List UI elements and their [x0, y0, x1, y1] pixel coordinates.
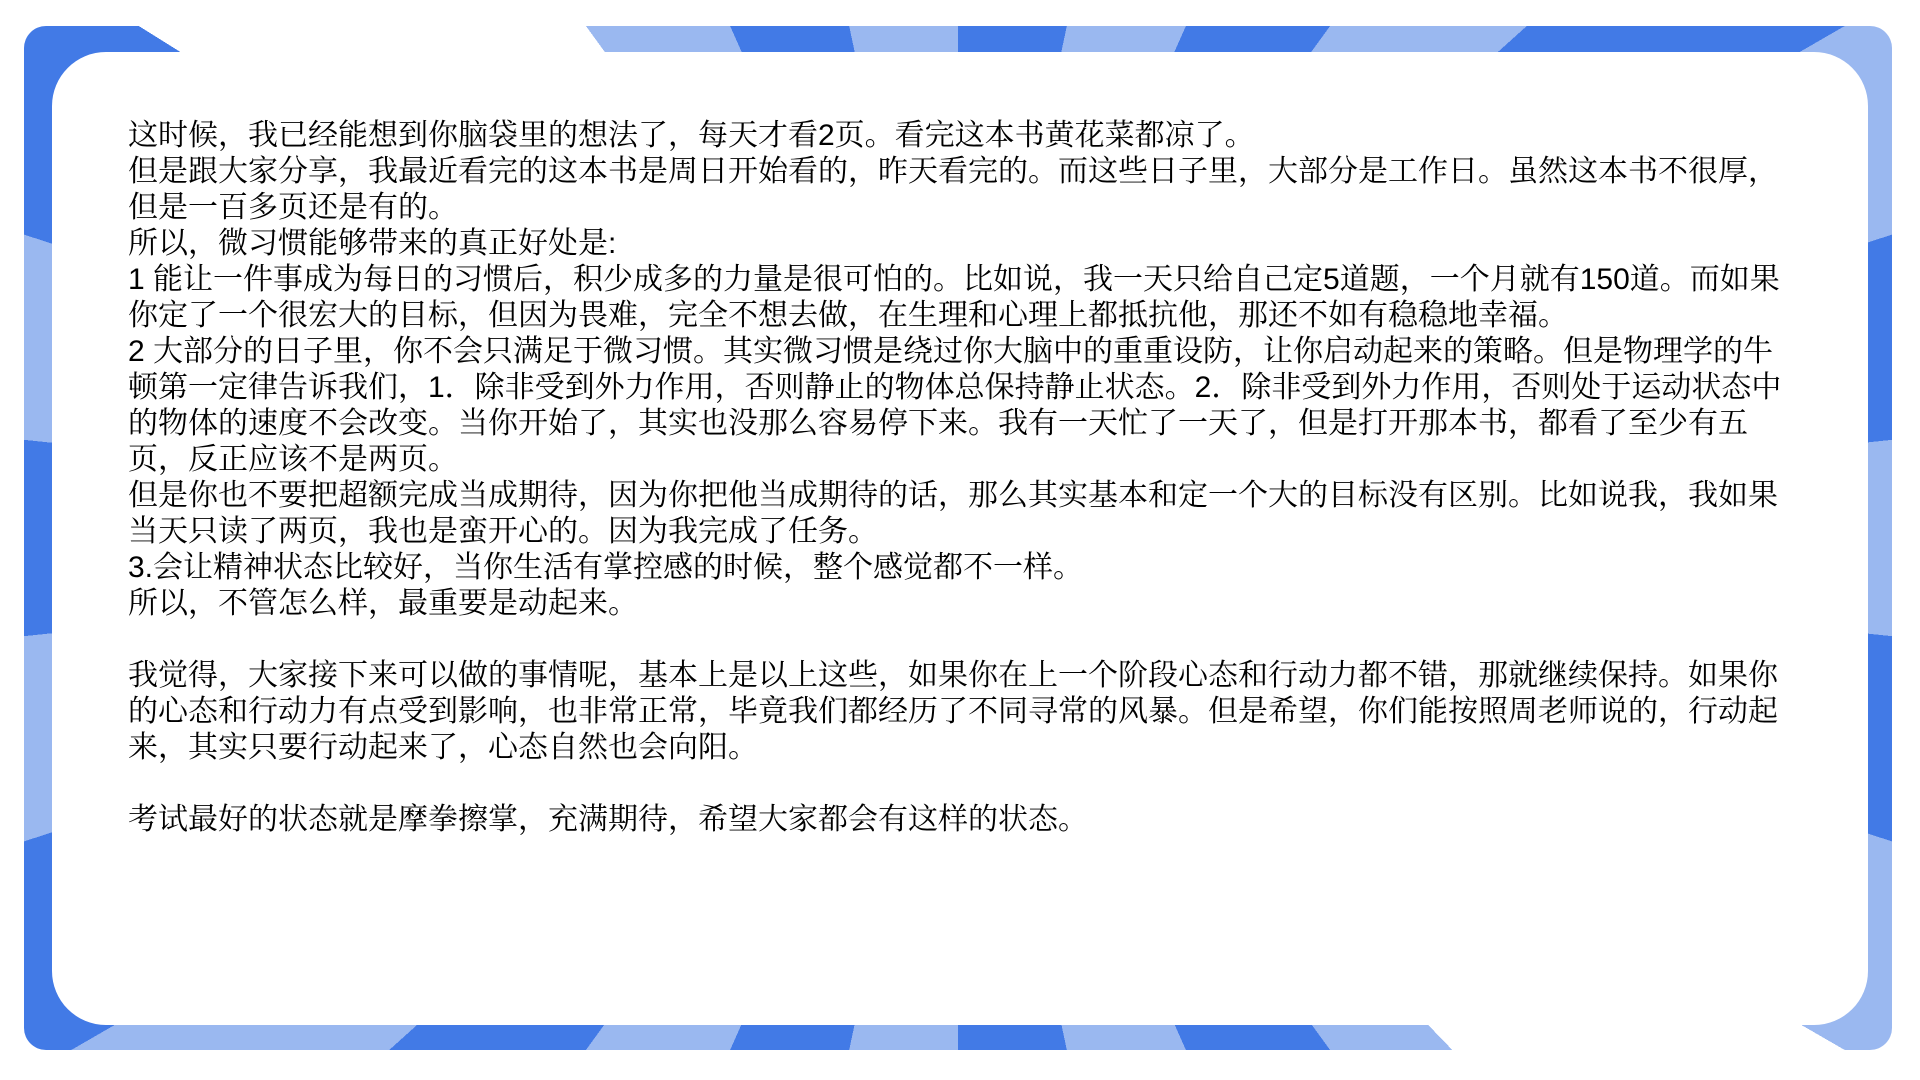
- paragraph-3: 所以，微习惯能够带来的真正好处是:: [128, 226, 1798, 262]
- slide-text-block: 这时候，我已经能想到你脑袋里的想法了，每天才看2页。看完这本书黄花菜都凉了。 但…: [128, 118, 1798, 838]
- text-card: 这时候，我已经能想到你脑袋里的想法了，每天才看2页。看完这本书黄花菜都凉了。 但…: [52, 52, 1868, 1025]
- paragraph-7: 3.会让精神状态比较好，当你生活有掌控感的时候，整个感觉都不一样。: [128, 550, 1798, 586]
- slide: { "colors": { "frame_blue_dark": "#427AE…: [0, 0, 1920, 1080]
- paragraph-4: 1 能让一件事成为每日的习惯后，积少成多的力量是很可怕的。比如说，我一天只给自己…: [128, 262, 1798, 334]
- paragraph-5: 2 大部分的日子里，你不会只满足于微习惯。其实微习惯是绕过你大脑中的重重设防，让…: [128, 334, 1798, 478]
- paragraph-8: 所以，不管怎么样，最重要是动起来。: [128, 586, 1798, 622]
- paragraph-6: 但是你也不要把超额完成当成期待，因为你把他当成期待的话，那么其实基本和定一个大的…: [128, 478, 1798, 550]
- paragraph-10: 考试最好的状态就是摩拳擦掌，充满期待，希望大家都会有这样的状态。: [128, 802, 1798, 838]
- paragraph-1: 这时候，我已经能想到你脑袋里的想法了，每天才看2页。看完这本书黄花菜都凉了。: [128, 118, 1798, 154]
- paragraph-9: 我觉得，大家接下来可以做的事情呢，基本上是以上这些，如果你在上一个阶段心态和行动…: [128, 658, 1798, 766]
- paragraph-2: 但是跟大家分享，我最近看完的这本书是周日开始看的，昨天看完的。而这些日子里，大部…: [128, 154, 1798, 226]
